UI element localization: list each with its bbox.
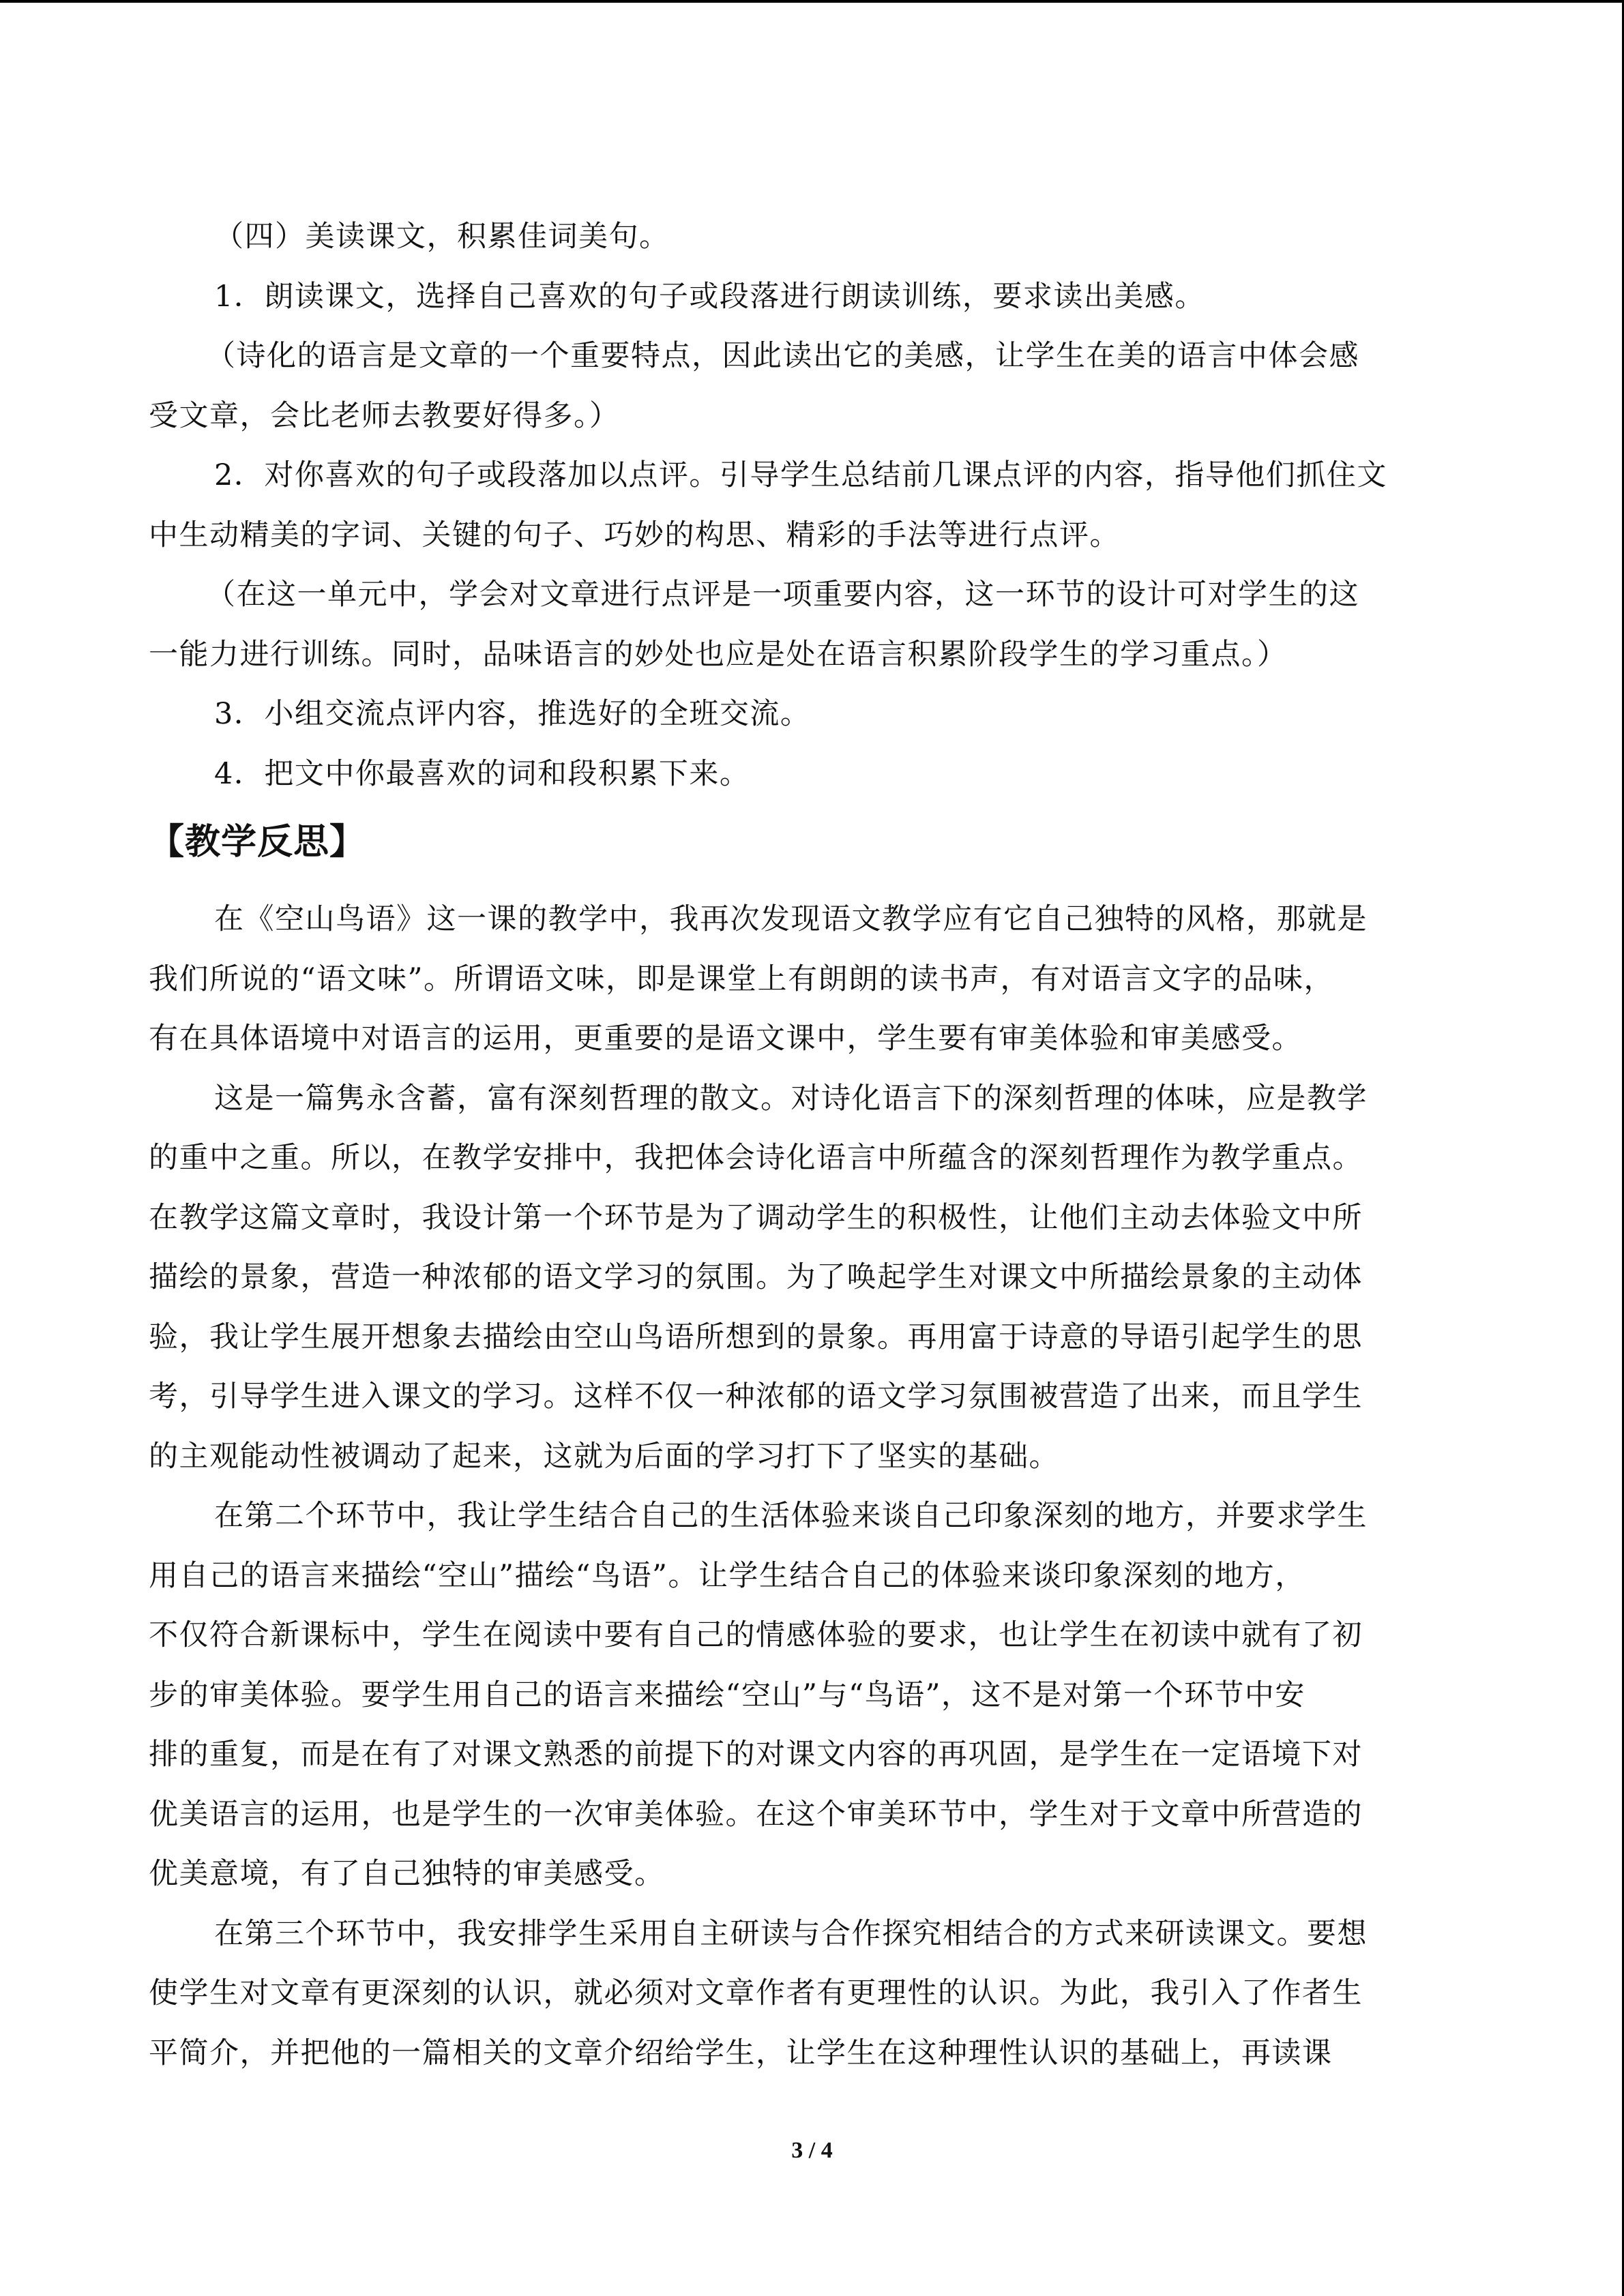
list-item-4: 4．把文中你最喜欢的词和段积累下来。 [149, 745, 1475, 805]
page-content: （四）美读课文，积累佳词美句。 1．朗读课文，选择自己喜欢的句子或段落进行朗读训… [149, 207, 1475, 2083]
paragraph-line: 优美语言的运用，也是学生的一次审美体验。在这个审美环节中，学生对于文章中所营造的 [149, 1785, 1475, 1845]
list-item-1: 1．朗读课文，选择自己喜欢的句子或段落进行朗读训练，要求读出美感。 [149, 267, 1475, 327]
page-number: 3 / 4 [0, 2134, 1624, 2168]
paragraph-line: 在第三个环节中，我安排学生采用自主研读与合作探究相结合的方式来研读课文。要想 [149, 1905, 1475, 1965]
paragraph-line: 排的重复，而是在有了对课文熟悉的前提下的对课文内容的再巩固，是学生在一定语境下对 [149, 1725, 1475, 1785]
paragraph-line: 的重中之重。所以，在教学安排中，我把体会诗化语言中所蕴含的深刻哲理作为教学重点。 [149, 1129, 1475, 1189]
section-title: （四）美读课文，积累佳词美句。 [149, 207, 1475, 267]
paragraph-line: 考，引导学生进入课文的学习。这样不仅一种浓郁的语文学习氛围被营造了出来，而且学生 [149, 1367, 1475, 1427]
paragraph-line: 平简介，并把他的一篇相关的文章介绍给学生，让学生在这种理性认识的基础上，再读课 [149, 2024, 1475, 2084]
note-2-line-2: 一能力进行训练。同时，品味语言的妙处也应是处在语言积累阶段学生的学习重点。） [149, 625, 1475, 685]
paragraph-line: 有在具体语境中对语言的运用，更重要的是语文课中，学生要有审美体验和审美感受。 [149, 1009, 1475, 1069]
paragraph-line: 在《空山鸟语》这一课的教学中，我再次发现语文教学应有它自己独特的风格，那就是 [149, 890, 1475, 950]
paragraph-line: 不仅符合新课标中，学生在阅读中要有自己的情感体验的要求，也让学生在初读中就有了初 [149, 1606, 1475, 1666]
paragraph-line: 步的审美体验。要学生用自己的语言来描绘“空山”与“鸟语”，这不是对第一个环节中安 [149, 1666, 1475, 1726]
paragraph-line: 描绘的景象，营造一种浓郁的语文学习的氛围。为了唤起学生对课文中所描绘景象的主动体 [149, 1248, 1475, 1308]
paragraph-line: 在教学这篇文章时，我设计第一个环节是为了调动学生的积极性，让他们主动去体验文中所 [149, 1189, 1475, 1249]
reflection-heading: 【教学反思】 [149, 808, 1475, 876]
list-item-2-line-1: 2．对你喜欢的句子或段落加以点评。引导学生总结前几课点评的内容，指导他们抓住文 [149, 446, 1475, 506]
note-1-line-2: 受文章，会比老师去教要好得多。） [149, 387, 1475, 447]
reflection-paragraph-1: 在《空山鸟语》这一课的教学中，我再次发现语文教学应有它自己独特的风格，那就是 我… [149, 890, 1475, 1069]
paragraph-line: 优美意境，有了自己独特的审美感受。 [149, 1845, 1475, 1905]
list-item-3: 3．小组交流点评内容，推选好的全班交流。 [149, 685, 1475, 745]
reflection-paragraph-4: 在第三个环节中，我安排学生采用自主研读与合作探究相结合的方式来研读课文。要想 使… [149, 1905, 1475, 2084]
list-item-2-line-2: 中生动精美的字词、关键的句子、巧妙的构思、精彩的手法等进行点评。 [149, 506, 1475, 566]
paragraph-line: 的主观能动性被调动了起来，这就为后面的学习打下了坚实的基础。 [149, 1427, 1475, 1487]
reflection-paragraph-3: 在第二个环节中，我让学生结合自己的生活体验来谈自己印象深刻的地方，并要求学生 用… [149, 1487, 1475, 1905]
document-page: （四）美读课文，积累佳词美句。 1．朗读课文，选择自己喜欢的句子或段落进行朗读训… [0, 0, 1624, 2296]
note-1-line-1: （诗化的语言是文章的一个重要特点，因此读出它的美感，让学生在美的语言中体会感 [149, 327, 1475, 387]
paragraph-line: 验，我让学生展开想象去描绘由空山鸟语所想到的景象。再用富于诗意的导语引起学生的思 [149, 1308, 1475, 1368]
paragraph-line: 用自己的语言来描绘“空山”描绘“鸟语”。让学生结合自己的体验来谈印象深刻的地方， [149, 1547, 1475, 1607]
paragraph-line: 这是一篇隽永含蓄，富有深刻哲理的散文。对诗化语言下的深刻哲理的体味，应是教学 [149, 1069, 1475, 1129]
paragraph-line: 使学生对文章有更深刻的认识，就必须对文章作者有更理性的认识。为此，我引入了作者生 [149, 1964, 1475, 2024]
reflection-paragraph-2: 这是一篇隽永含蓄，富有深刻哲理的散文。对诗化语言下的深刻哲理的体味，应是教学 的… [149, 1069, 1475, 1487]
note-2-line-1: （在这一单元中，学会对文章进行点评是一项重要内容，这一环节的设计可对学生的这 [149, 565, 1475, 625]
paragraph-line: 在第二个环节中，我让学生结合自己的生活体验来谈自己印象深刻的地方，并要求学生 [149, 1487, 1475, 1547]
paragraph-line: 我们所说的“语文味”。所谓语文味，即是课堂上有朗朗的读书声，有对语言文字的品味， [149, 950, 1475, 1010]
